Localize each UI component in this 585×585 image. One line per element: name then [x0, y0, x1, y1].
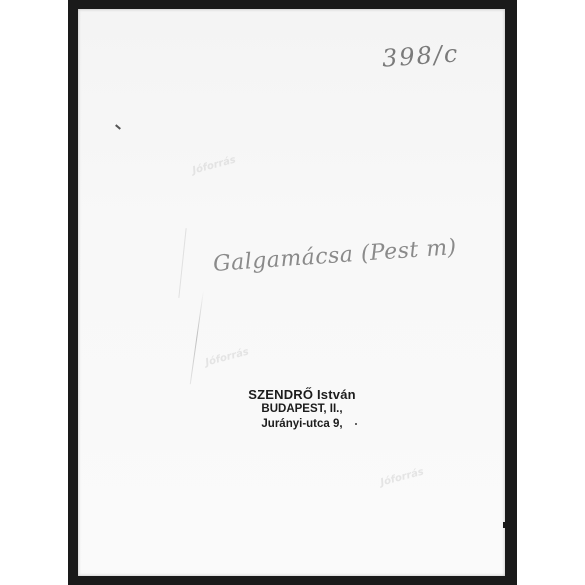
- stamp-name: SZENDRŐ István: [232, 387, 372, 402]
- paper-edge-nick: [503, 522, 507, 528]
- inventory-number: 398/c: [381, 39, 460, 72]
- photographer-stamp: SZENDRŐ István BUDAPEST, II., Jurányi-ut…: [232, 387, 372, 432]
- stamp-city: BUDAPEST, II.,: [232, 402, 372, 417]
- photo-back-paper: [78, 9, 505, 576]
- ink-speck: [355, 423, 357, 425]
- stamp-address: Jurányi-utca 9,: [232, 417, 372, 432]
